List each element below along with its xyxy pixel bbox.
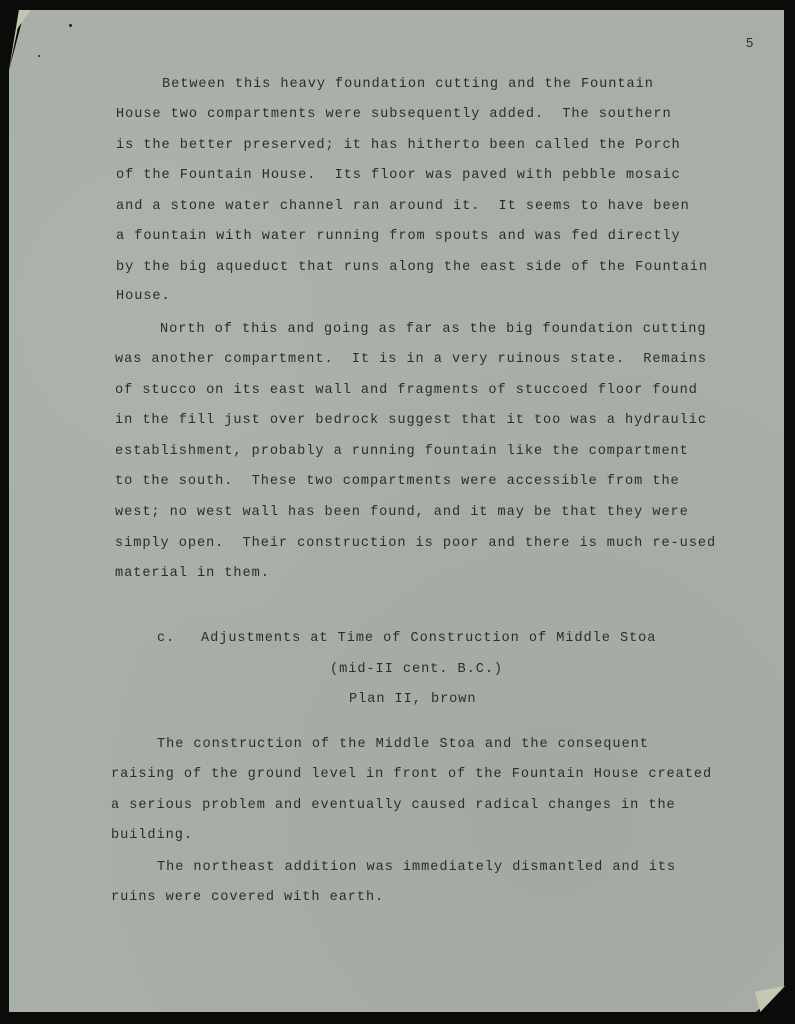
paragraph-2-line-3: of stucco on its east wall and fragments… <box>115 384 698 398</box>
paragraph-1-line-8: House. <box>116 290 171 304</box>
paragraph-1-line-2: House two compartments were subsequently… <box>116 108 672 122</box>
section-paragraph-1-line-2: raising of the ground level in front of … <box>111 768 712 782</box>
ink-speck <box>38 55 40 57</box>
paragraph-2-line-1: North of this and going as far as the bi… <box>160 323 706 337</box>
section-paragraph-2-line-1: The northeast addition was immediately d… <box>157 861 676 875</box>
paragraph-2-line-8: simply open. Their construction is poor … <box>115 537 716 551</box>
page-number: 5 <box>746 35 753 50</box>
paragraph-2-line-5: establishment, probably a running founta… <box>115 445 689 459</box>
section-heading-title: Adjustments at Time of Construction of M… <box>201 632 656 646</box>
paragraph-1-line-4: of the Fountain House. Its floor was pav… <box>116 169 681 183</box>
paragraph-1-line-7: by the big aqueduct that runs along the … <box>116 261 708 275</box>
paragraph-2-line-2: was another compartment. It is in a very… <box>115 353 707 367</box>
paragraph-1-line-1: Between this heavy foundation cutting an… <box>162 78 654 92</box>
section-heading-date: (mid-II cent. B.C.) <box>330 663 503 677</box>
paragraph-1-line-5: and a stone water channel ran around it.… <box>116 200 690 214</box>
paragraph-2-line-6: to the south. These two compartments wer… <box>115 475 680 489</box>
section-paragraph-1-line-1: The construction of the Middle Stoa and … <box>157 738 649 752</box>
section-paragraph-1-line-4: building. <box>111 829 193 843</box>
paragraph-1-line-6: a fountain with water running from spout… <box>116 230 681 244</box>
paragraph-2-line-7: west; no west wall has been found, and i… <box>115 506 689 520</box>
ink-speck <box>69 24 72 27</box>
section-paragraph-2-line-2: ruins were covered with earth. <box>111 891 384 905</box>
paragraph-2-line-4: in the fill just over bedrock suggest th… <box>115 414 707 428</box>
paragraph-2-line-9: material in them. <box>115 567 270 581</box>
section-paragraph-1-line-3: a serious problem and eventually caused … <box>111 799 676 813</box>
section-heading-plan: Plan II, brown <box>349 693 477 707</box>
section-heading-label: c. <box>157 632 175 646</box>
paragraph-1-line-3: is the better preserved; it has hitherto… <box>116 139 681 153</box>
